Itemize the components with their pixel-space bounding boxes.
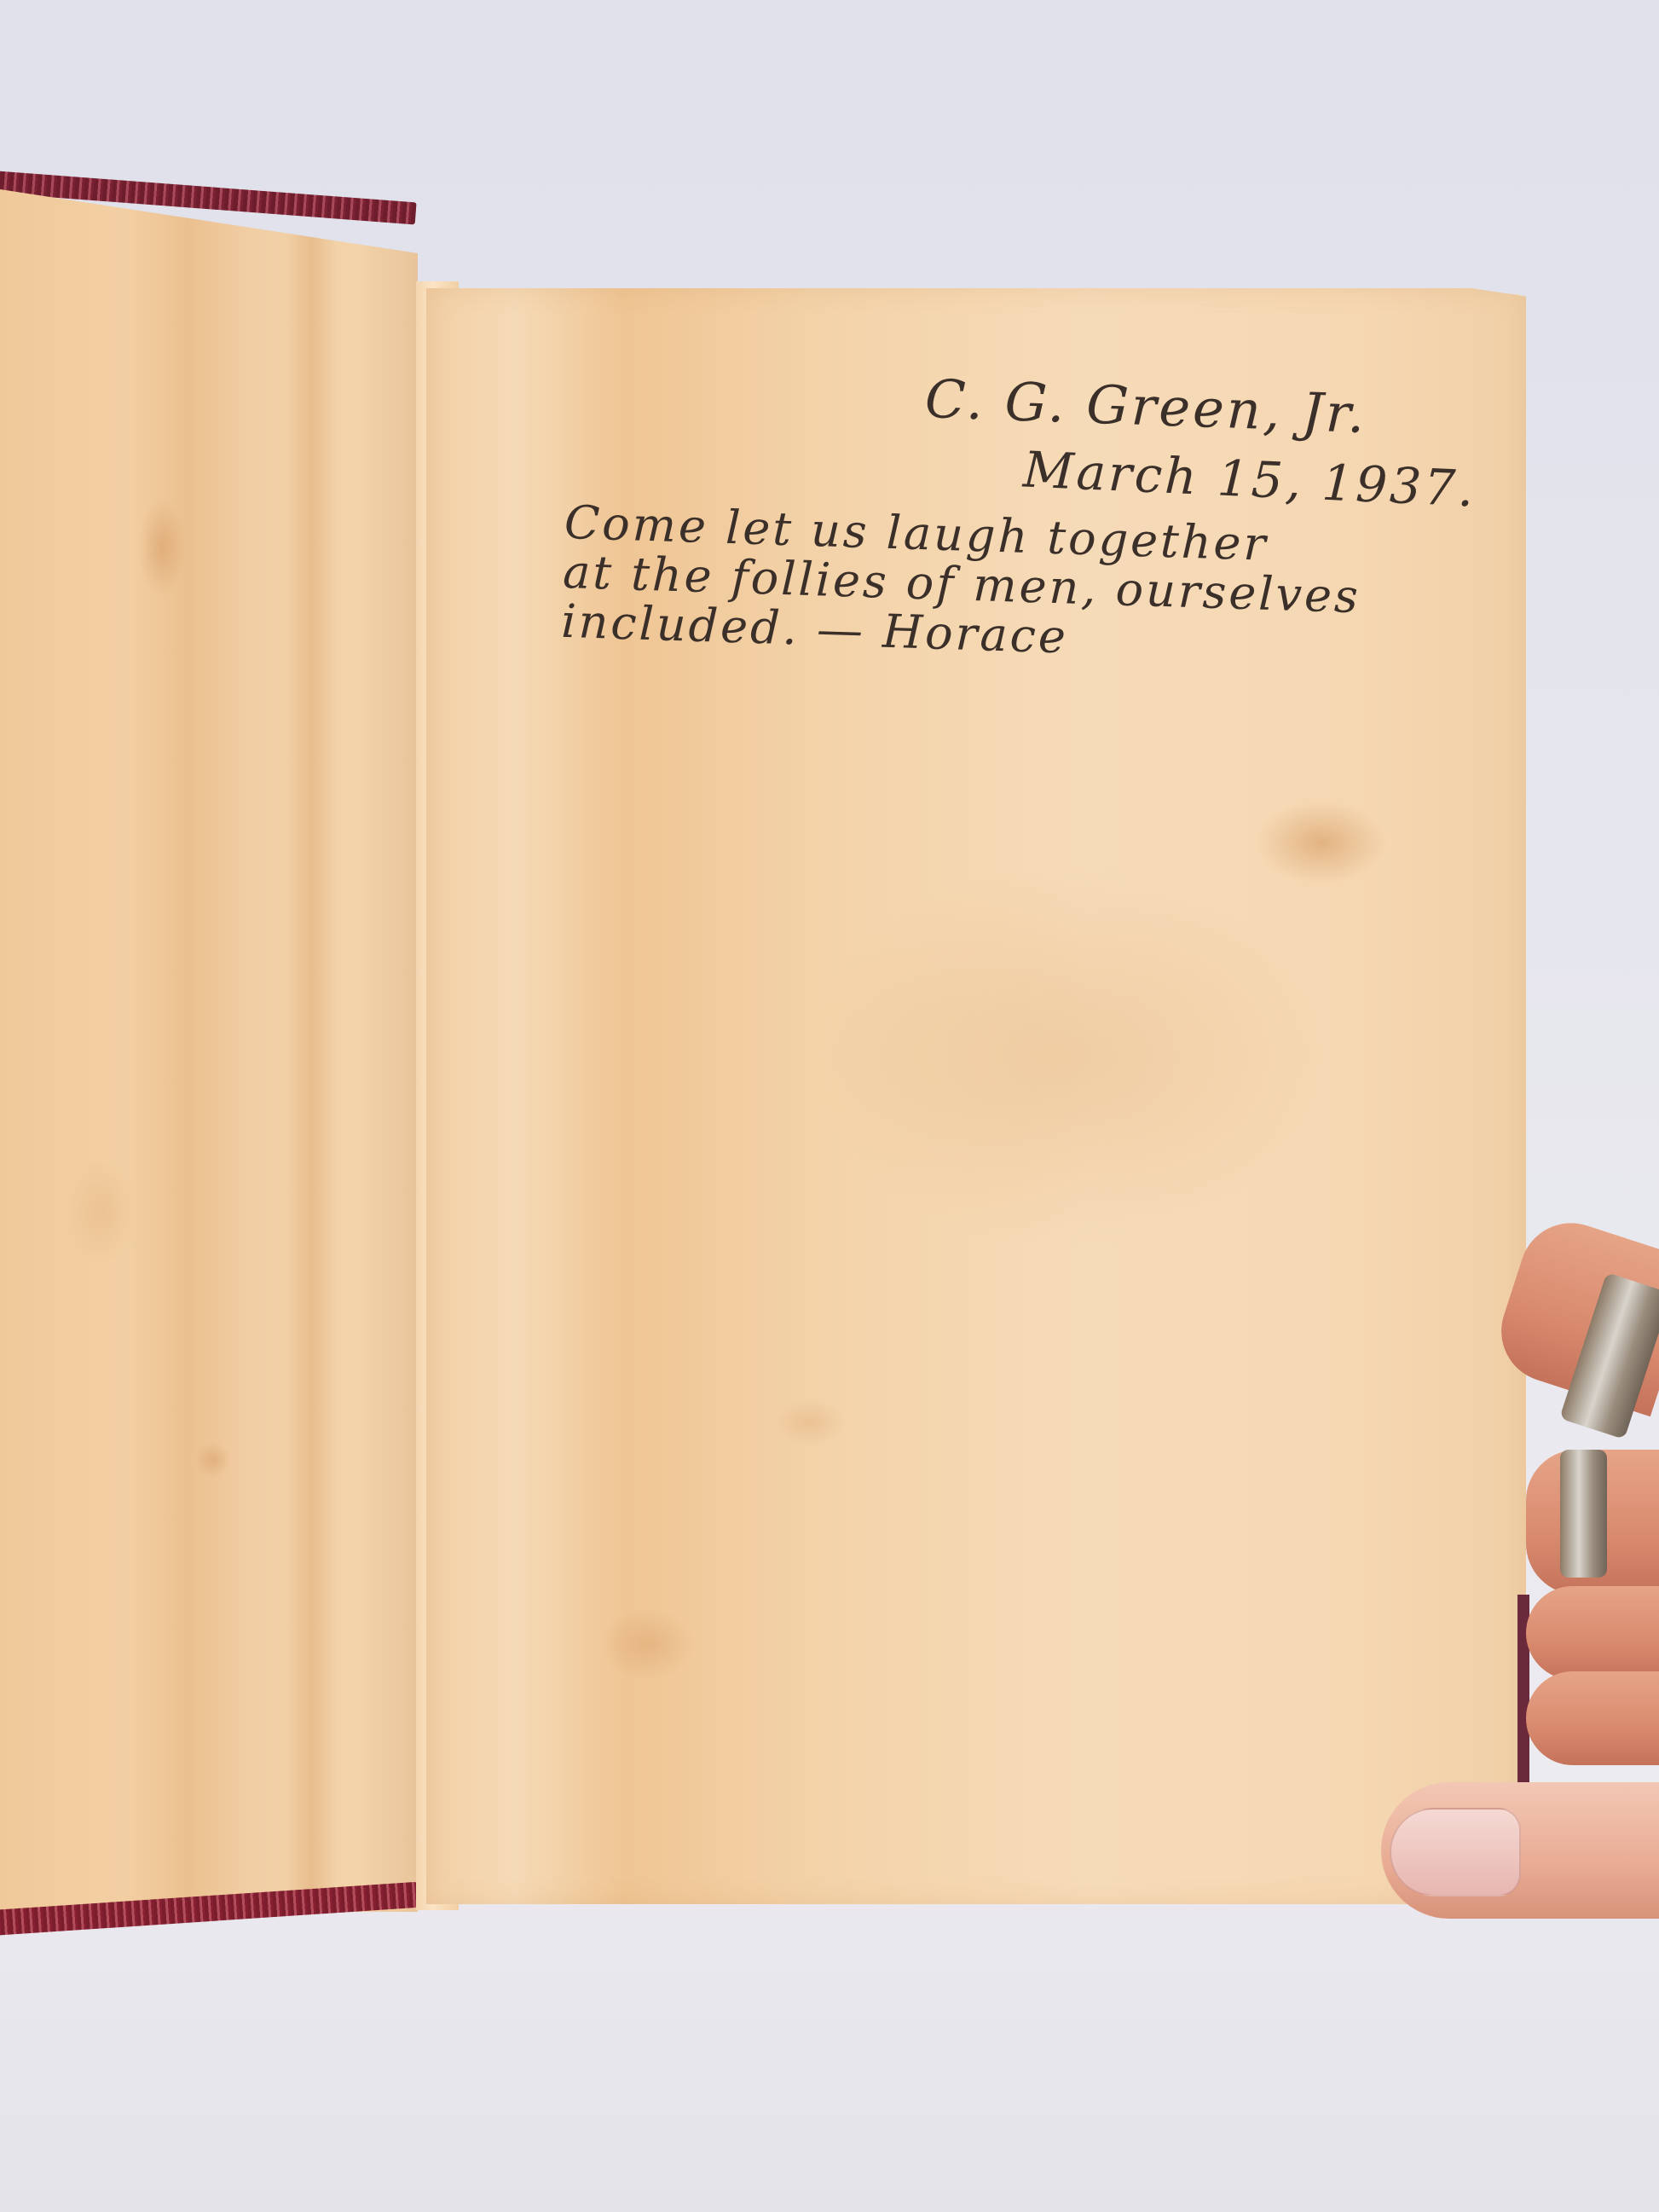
inside-cover-pastedown bbox=[0, 189, 418, 1912]
inscription-quote: Come let us laugh together at the follie… bbox=[561, 498, 1443, 674]
hand-finger-ring bbox=[1526, 1586, 1659, 1680]
hand-finger-pinky bbox=[1526, 1671, 1659, 1765]
silver-band-ring-icon bbox=[1560, 1450, 1607, 1578]
photo-scene: C. G. Green, Jr. March 15, 1937. Come le… bbox=[0, 0, 1659, 2212]
thumbnail bbox=[1390, 1808, 1521, 1896]
